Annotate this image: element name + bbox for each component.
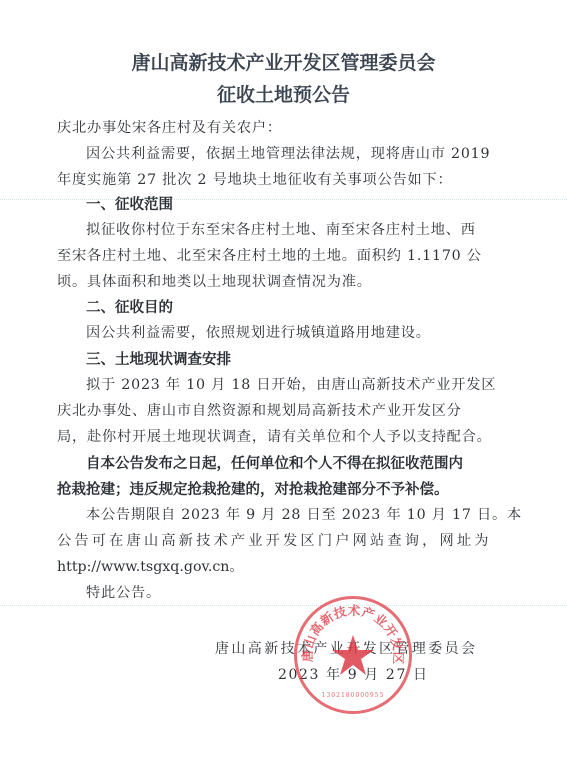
warning-line-2: 抢栽抢建；违反规定抢栽抢建的，对抢栽抢建部分不予补偿。 <box>57 478 449 499</box>
scan-artifact <box>0 605 567 607</box>
document-page: 唐山高新技术产业开发区管理委员会 征收土地预公告 庆北办事处宋各庄村及有关农户：… <box>0 0 567 757</box>
website-url: http://www.tsgxq.gov.cn。 <box>57 556 244 576</box>
section-1-line-2: 至宋各庄村土地、北至宋各庄村土地的土地。面积约 1.1170 公 <box>57 245 482 265</box>
intro-line-2: 年度实施第 27 批次 2 号地块土地征收有关事项公告如下： <box>57 169 452 189</box>
svg-text:1302180000955: 1302180000955 <box>322 692 385 699</box>
period-line-1: 本公告期限自 2023 年 9 月 28 日至 2023 年 10 月 17 日… <box>86 504 522 524</box>
section-2-line-1: 因公共利益需要，依照规划进行城镇道路用地建设。 <box>86 322 431 342</box>
section-3-line-1: 拟于 2023 年 10 月 18 日开始，由唐山高新技术产业开发区 <box>86 374 496 394</box>
section-3-line-2: 庆北办事处、唐山市自然资源和规划局高新技术产业开发区分 <box>57 400 462 420</box>
section-1-line-1: 拟征收你村位于东至宋各庄村土地、南至宋各庄村土地、西 <box>86 219 476 239</box>
section-3-heading: 三、土地现状调查安排 <box>86 348 231 369</box>
period-line-2: 公告可在唐山高新技术产业开发区门户网站查询，网址为 <box>57 530 492 550</box>
document-title: 征收土地预公告 <box>0 80 567 107</box>
section-2-heading: 二、征收目的 <box>86 296 173 317</box>
document-title-org: 唐山高新技术产业开发区管理委员会 <box>0 48 567 75</box>
addressee: 庆北办事处宋各庄村及有关农户： <box>57 117 282 137</box>
closing-text: 特此公告。 <box>86 582 161 602</box>
section-1-line-3: 顷。具体面积和地类以土地现状调查情况为准。 <box>57 271 372 291</box>
intro-line-1: 因公共利益需要，依据土地管理法律法规，现将唐山市 2019 <box>86 143 490 163</box>
section-1-heading: 一、征收范围 <box>86 193 173 214</box>
signature-date: 2023 年 9 月 27 日 <box>278 664 429 684</box>
signature-org: 唐山高新技术产业开发区管理委员会 <box>215 638 477 658</box>
warning-line-1: 自本公告发布之日起，任何单位和个人不得在拟征收范围内 <box>86 452 463 473</box>
section-3-line-3: 局，赴你村开展土地现状调查，请有关单位和个人予以支持配合。 <box>57 426 492 446</box>
